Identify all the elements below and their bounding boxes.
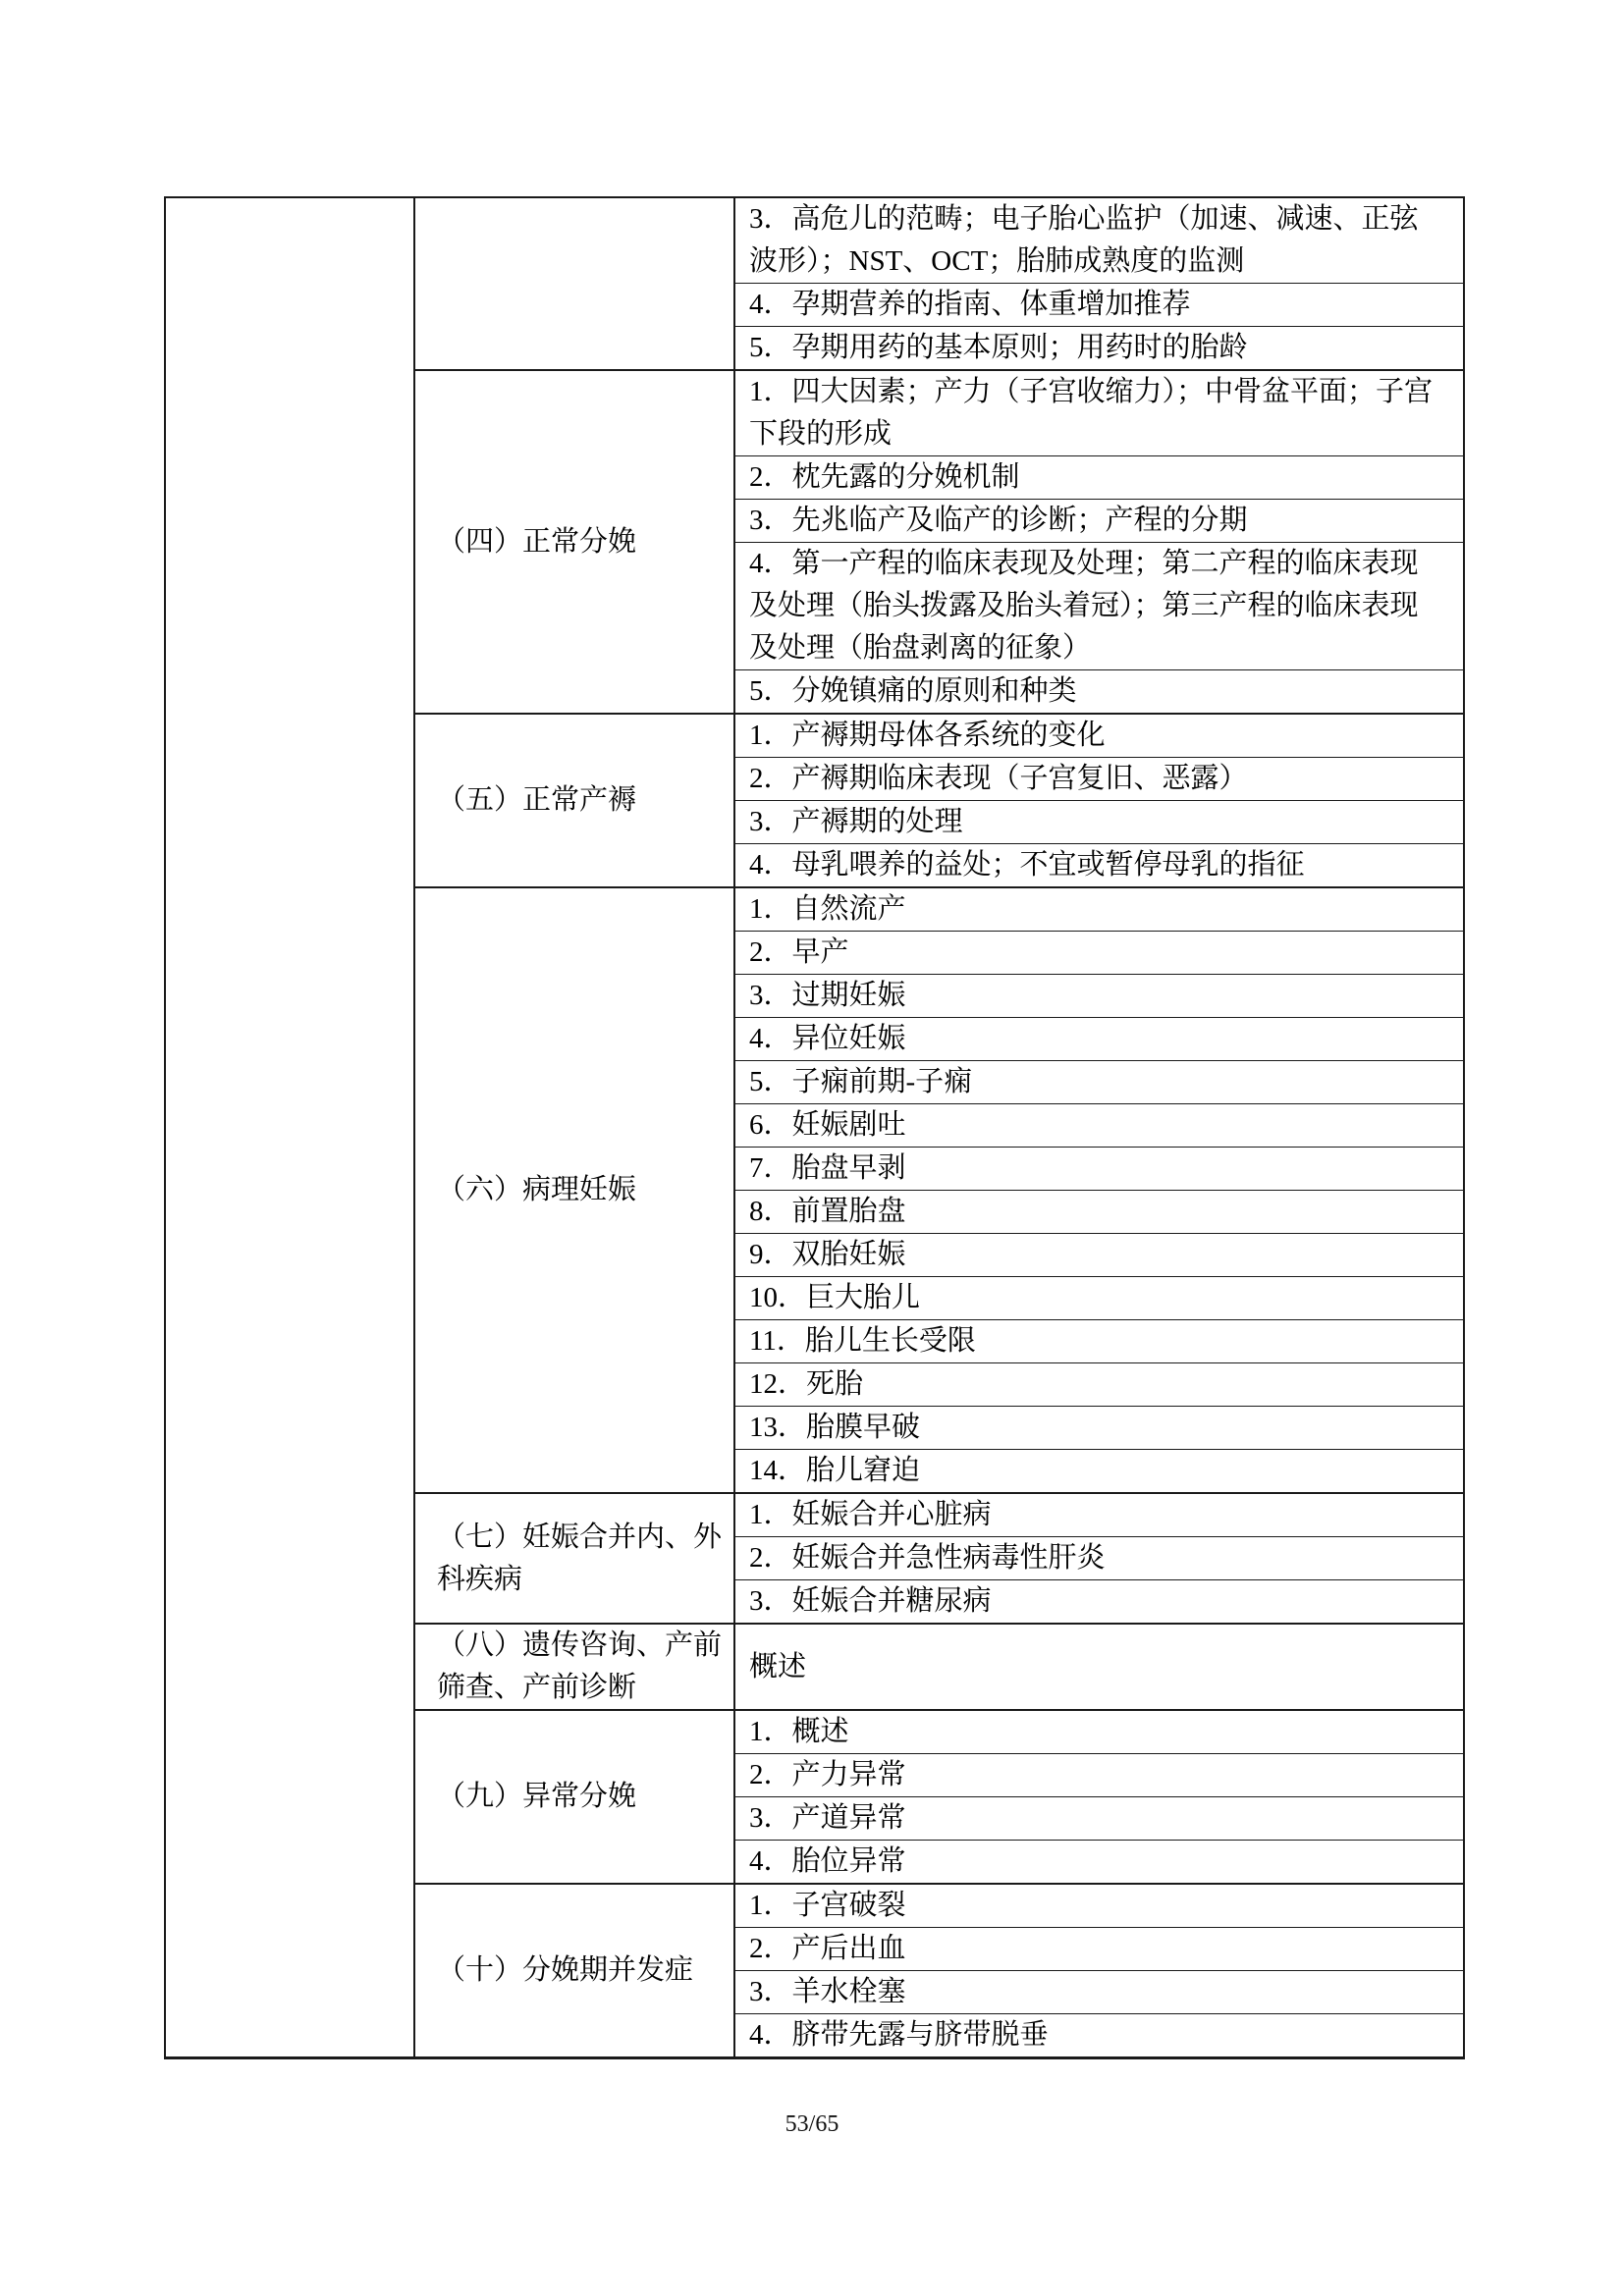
topic-cell: 3．高危儿的范畴；电子胎心监护（加速、减速、正弦波形）；NST、OCT；胎肺成熟… <box>734 197 1464 284</box>
topic-cell: 11．胎儿生长受限 <box>734 1320 1464 1363</box>
topic-cell: 1．概述 <box>734 1710 1464 1754</box>
topic-cell: 3．羊水栓塞 <box>734 1971 1464 2014</box>
section-label-cell: （七）妊娠合并内、外科疾病 <box>414 1493 734 1624</box>
left-spanner-cell <box>165 197 414 2058</box>
section-label-cell: （八）遗传咨询、产前筛查、产前诊断 <box>414 1624 734 1710</box>
topic-cell: 8．前置胎盘 <box>734 1191 1464 1234</box>
topic-cell: 1．妊娠合并心脏病 <box>734 1493 1464 1537</box>
topic-cell: 6．妊娠剧吐 <box>734 1104 1464 1148</box>
topic-cell: 5．分娩镇痛的原则和种类 <box>734 670 1464 715</box>
topic-cell: 3．产褥期的处理 <box>734 801 1464 844</box>
topic-cell: 5．子痫前期-子痫 <box>734 1061 1464 1104</box>
topic-cell: 2．产力异常 <box>734 1754 1464 1797</box>
topic-cell: 1．产褥期母体各系统的变化 <box>734 714 1464 758</box>
section-label-cell: （五）正常产褥 <box>414 714 734 887</box>
topic-cell: 13．胎膜早破 <box>734 1407 1464 1450</box>
section-label-cell: （六）病理妊娠 <box>414 887 734 1493</box>
topic-cell: 4．脐带先露与脐带脱垂 <box>734 2014 1464 2058</box>
page-number: 53/65 <box>0 2109 1624 2140</box>
topic-cell: 2．产后出血 <box>734 1928 1464 1971</box>
topic-cell: 7．胎盘早剥 <box>734 1148 1464 1191</box>
topic-cell: 1．子宫破裂 <box>734 1884 1464 1928</box>
topic-cell: 9．双胎妊娠 <box>734 1234 1464 1277</box>
topic-cell: 4．异位妊娠 <box>734 1018 1464 1061</box>
syllabus-table-body: 3．高危儿的范畴；电子胎心监护（加速、减速、正弦波形）；NST、OCT；胎肺成熟… <box>165 197 1464 2058</box>
section-label-cell: （十）分娩期并发症 <box>414 1884 734 2058</box>
topic-cell: 2．早产 <box>734 932 1464 975</box>
topic-cell: 5．孕期用药的基本原则；用药时的胎龄 <box>734 327 1464 371</box>
topic-cell: 3．妊娠合并糖尿病 <box>734 1580 1464 1625</box>
topic-cell: 3．产道异常 <box>734 1797 1464 1841</box>
topic-cell: 1．自然流产 <box>734 887 1464 932</box>
syllabus-table: 3．高危儿的范畴；电子胎心监护（加速、减速、正弦波形）；NST、OCT；胎肺成熟… <box>164 196 1465 2059</box>
topic-cell: 2．枕先露的分娩机制 <box>734 456 1464 500</box>
topic-cell: 2．妊娠合并急性病毒性肝炎 <box>734 1537 1464 1580</box>
topic-cell: 4．胎位异常 <box>734 1841 1464 1885</box>
topic-cell: 4．第一产程的临床表现及处理；第二产程的临床表现及处理（胎头拨露及胎头着冠）；第… <box>734 543 1464 670</box>
topic-cell: 14．胎儿窘迫 <box>734 1450 1464 1494</box>
topic-cell: 3．过期妊娠 <box>734 975 1464 1018</box>
topic-cell: 3．先兆临产及临产的诊断；产程的分期 <box>734 500 1464 543</box>
topic-cell: 4．母乳喂养的益处；不宜或暂停母乳的指征 <box>734 844 1464 888</box>
topic-cell: 1．四大因素；产力（子宫收缩力）；中骨盆平面；子宫下段的形成 <box>734 370 1464 456</box>
topic-cell: 10．巨大胎儿 <box>734 1277 1464 1320</box>
topic-cell: 2．产褥期临床表现（子宫复旧、恶露） <box>734 758 1464 801</box>
section-label-cell <box>414 197 734 370</box>
table-row: 3．高危儿的范畴；电子胎心监护（加速、减速、正弦波形）；NST、OCT；胎肺成熟… <box>165 197 1464 284</box>
topic-cell: 12．死胎 <box>734 1363 1464 1407</box>
section-label-cell: （四）正常分娩 <box>414 370 734 714</box>
document-page: 3．高危儿的范畴；电子胎心监护（加速、减速、正弦波形）；NST、OCT；胎肺成熟… <box>0 0 1624 2296</box>
section-label-cell: （九）异常分娩 <box>414 1710 734 1884</box>
topic-cell: 4．孕期营养的指南、体重增加推荐 <box>734 284 1464 327</box>
topic-cell: 概述 <box>734 1624 1464 1710</box>
